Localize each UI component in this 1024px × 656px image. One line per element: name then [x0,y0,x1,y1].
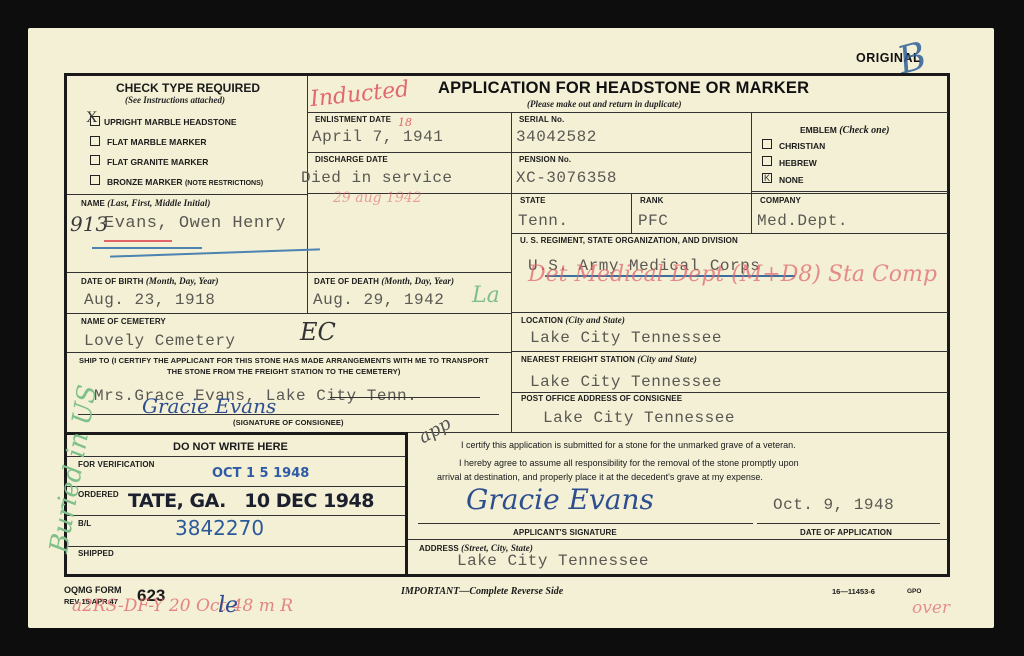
emblem-christian-checkbox[interactable] [762,139,772,149]
office-use-heading: DO NOT WRITE HERE [173,441,288,453]
bronze-marker-label: BRONZE MARKER (NOTE RESTRICTIONS) [107,177,263,187]
address-label-text: ADDRESS [419,544,459,553]
emblem-hebrew-checkbox[interactable] [762,156,772,166]
divider [67,272,511,273]
date-of-death-label-hint: (Month, Day, Year) [381,276,454,286]
divider [751,112,752,234]
regiment-annotation: Det Medical Dept (M+D8) Sta Comp [528,262,937,287]
emblem-heading-hint: (Check one) [839,125,889,136]
name-value: Evans, Owen Henry [104,214,286,233]
divider [67,432,408,435]
flat-marble-marker-checkbox[interactable] [90,136,100,146]
regiment-label: U. S. REGIMENT, STATE ORGANIZATION, AND … [520,236,738,245]
ordered-stamp: TATE, GA. 10 DEC 1948 [128,490,374,512]
emblem-none-label: NONE [779,175,804,185]
bl-stamp: 3842270 [175,516,264,540]
page-title: APPLICATION FOR HEADSTONE OR MARKER [438,79,809,98]
applicant-signature-label: APPLICANT'S SIGNATURE [513,528,617,537]
freight-station-value: Lake City Tennessee [530,373,722,391]
divider [67,313,511,314]
upright-marble-headstone-label: UPRIGHT MARBLE HEADSTONE [104,117,237,127]
blue-underline [92,247,202,249]
check-type-subheading: (See Instructions attached) [125,95,225,105]
divider [511,312,948,313]
over-annotation: over [912,598,950,618]
emblem-heading: EMBLEM (Check one) [800,125,890,136]
enlistment-date-value: April 7, 1941 [312,128,443,146]
freight-station-label-hint: (City and State) [637,354,697,364]
location-value: Lake City Tennessee [530,329,722,347]
certification-line1: I certify this application is submitted … [461,440,796,450]
divider [757,523,940,524]
date-of-application-label: DATE OF APPLICATION [800,528,892,537]
divider [67,456,405,457]
state-label: STATE [520,196,546,205]
death-date-annotation: La [472,283,500,308]
address-value: Lake City Tennessee [457,552,649,570]
footer-annotation: a2RS-DF-Y 20 Oct 48 m R [72,596,293,616]
divider [511,351,948,352]
rank-label: RANK [640,196,664,205]
consignee-signature: Gracie Evans [142,394,276,418]
divider [511,233,948,234]
rank-value: PFC [638,212,668,230]
location-label-hint: (City and State) [565,315,625,325]
divider [408,539,948,540]
divider [307,152,751,153]
divider [307,112,948,113]
divider [511,392,948,393]
post-office-value: Lake City Tennessee [543,409,735,427]
footer-initials: le [218,593,238,618]
emblem-none-checkbox[interactable]: K [762,173,772,183]
enlistment-date-label: ENLISTMENT DATE [315,115,391,124]
name-prefix-annotation: 913 [70,212,108,236]
divider [631,193,632,234]
discharge-date-label: DISCHARGE DATE [315,155,388,164]
verification-stamp: OCT 1 5 1948 [212,466,309,481]
divider [405,432,948,433]
applicant-signature: Gracie Evans [466,483,654,516]
date-of-death-label: DATE OF DEATH (Month, Day, Year) [314,276,454,286]
print-code: 16—11453-6 [832,587,875,596]
flat-granite-marker-checkbox[interactable] [90,155,100,165]
date-of-death-value: Aug. 29, 1942 [313,291,444,309]
discharge-annotation: 29 aug 1942 [333,190,422,206]
name-label-text: NAME [81,199,105,208]
important-note: IMPORTANT—Complete Reverse Side [401,586,563,597]
enlistment-correction: 18 [398,116,412,129]
date-of-birth-label-hint: (Month, Day, Year) [146,276,219,286]
post-office-label: POST OFFICE ADDRESS OF CONSIGNEE [521,394,682,403]
pension-no-value: XC-3076358 [516,169,617,187]
divider [405,432,408,576]
location-label-text: LOCATION [521,316,563,325]
divider [67,194,307,195]
name-label: NAME (Last, First, Middle Initial) [81,198,210,208]
divider [67,486,405,487]
divider [307,272,308,313]
emblem-heading-text: EMBLEM [800,125,837,135]
cemetery-initials-annotation: EC [300,318,336,346]
strikethrough [330,397,480,398]
discharge-date-value: Died in service [301,169,453,187]
check-x-mark: X [86,109,98,127]
page-subtitle: (Please make out and return in duplicate… [527,99,682,109]
check-type-heading: CHECK TYPE REQUIRED [116,81,260,95]
divider [67,352,511,353]
date-of-application-value: Oct. 9, 1948 [773,496,894,514]
ship-to-label-line2: THE STONE FROM THE FREIGHT STATION TO TH… [167,367,400,376]
shipped-label: SHIPPED [78,549,114,558]
bronze-marker-checkbox[interactable] [90,175,100,185]
bronze-marker-text: BRONZE MARKER [107,177,183,187]
printer-code: GPO [907,588,921,595]
emblem-hebrew-label: HEBREW [779,158,817,168]
company-value: Med.Dept. [757,212,848,230]
bronze-marker-note: (NOTE RESTRICTIONS) [185,180,263,187]
freight-station-label-text: NEAREST FREIGHT STATION [521,355,635,364]
location-label: LOCATION (City and State) [521,315,625,325]
serial-no-label: SERIAL No. [519,115,564,124]
form-prefix: OQMG FORM [64,585,122,595]
divider [418,523,753,524]
company-label: COMPANY [760,196,801,205]
emblem-christian-label: CHRISTIAN [779,141,825,151]
date-of-death-label-text: DATE OF DEATH [314,277,379,286]
divider [511,112,512,433]
red-underline [104,240,172,242]
flat-granite-marker-label: FLAT GRANITE MARKER [107,157,208,167]
consignee-signature-label: (SIGNATURE OF CONSIGNEE) [233,418,344,427]
divider [751,191,948,192]
flat-marble-marker-label: FLAT MARBLE MARKER [107,137,206,147]
serial-no-value: 34042582 [516,128,597,146]
pension-no-label: PENSION No. [519,155,571,164]
ship-to-label-line1: SHIP TO (I CERTIFY THE APPLICANT FOR THI… [79,356,489,365]
freight-station-label: NEAREST FREIGHT STATION (City and State) [521,354,697,364]
state-value: Tenn. [518,212,569,230]
name-label-hint: (Last, First, Middle Initial) [107,198,210,208]
certification-line2: I hereby agree to assume all responsibil… [459,458,799,468]
certification-line3: arrival at destination, and properly pla… [437,472,763,482]
bl-label: B/L [78,519,91,528]
divider [67,546,405,547]
